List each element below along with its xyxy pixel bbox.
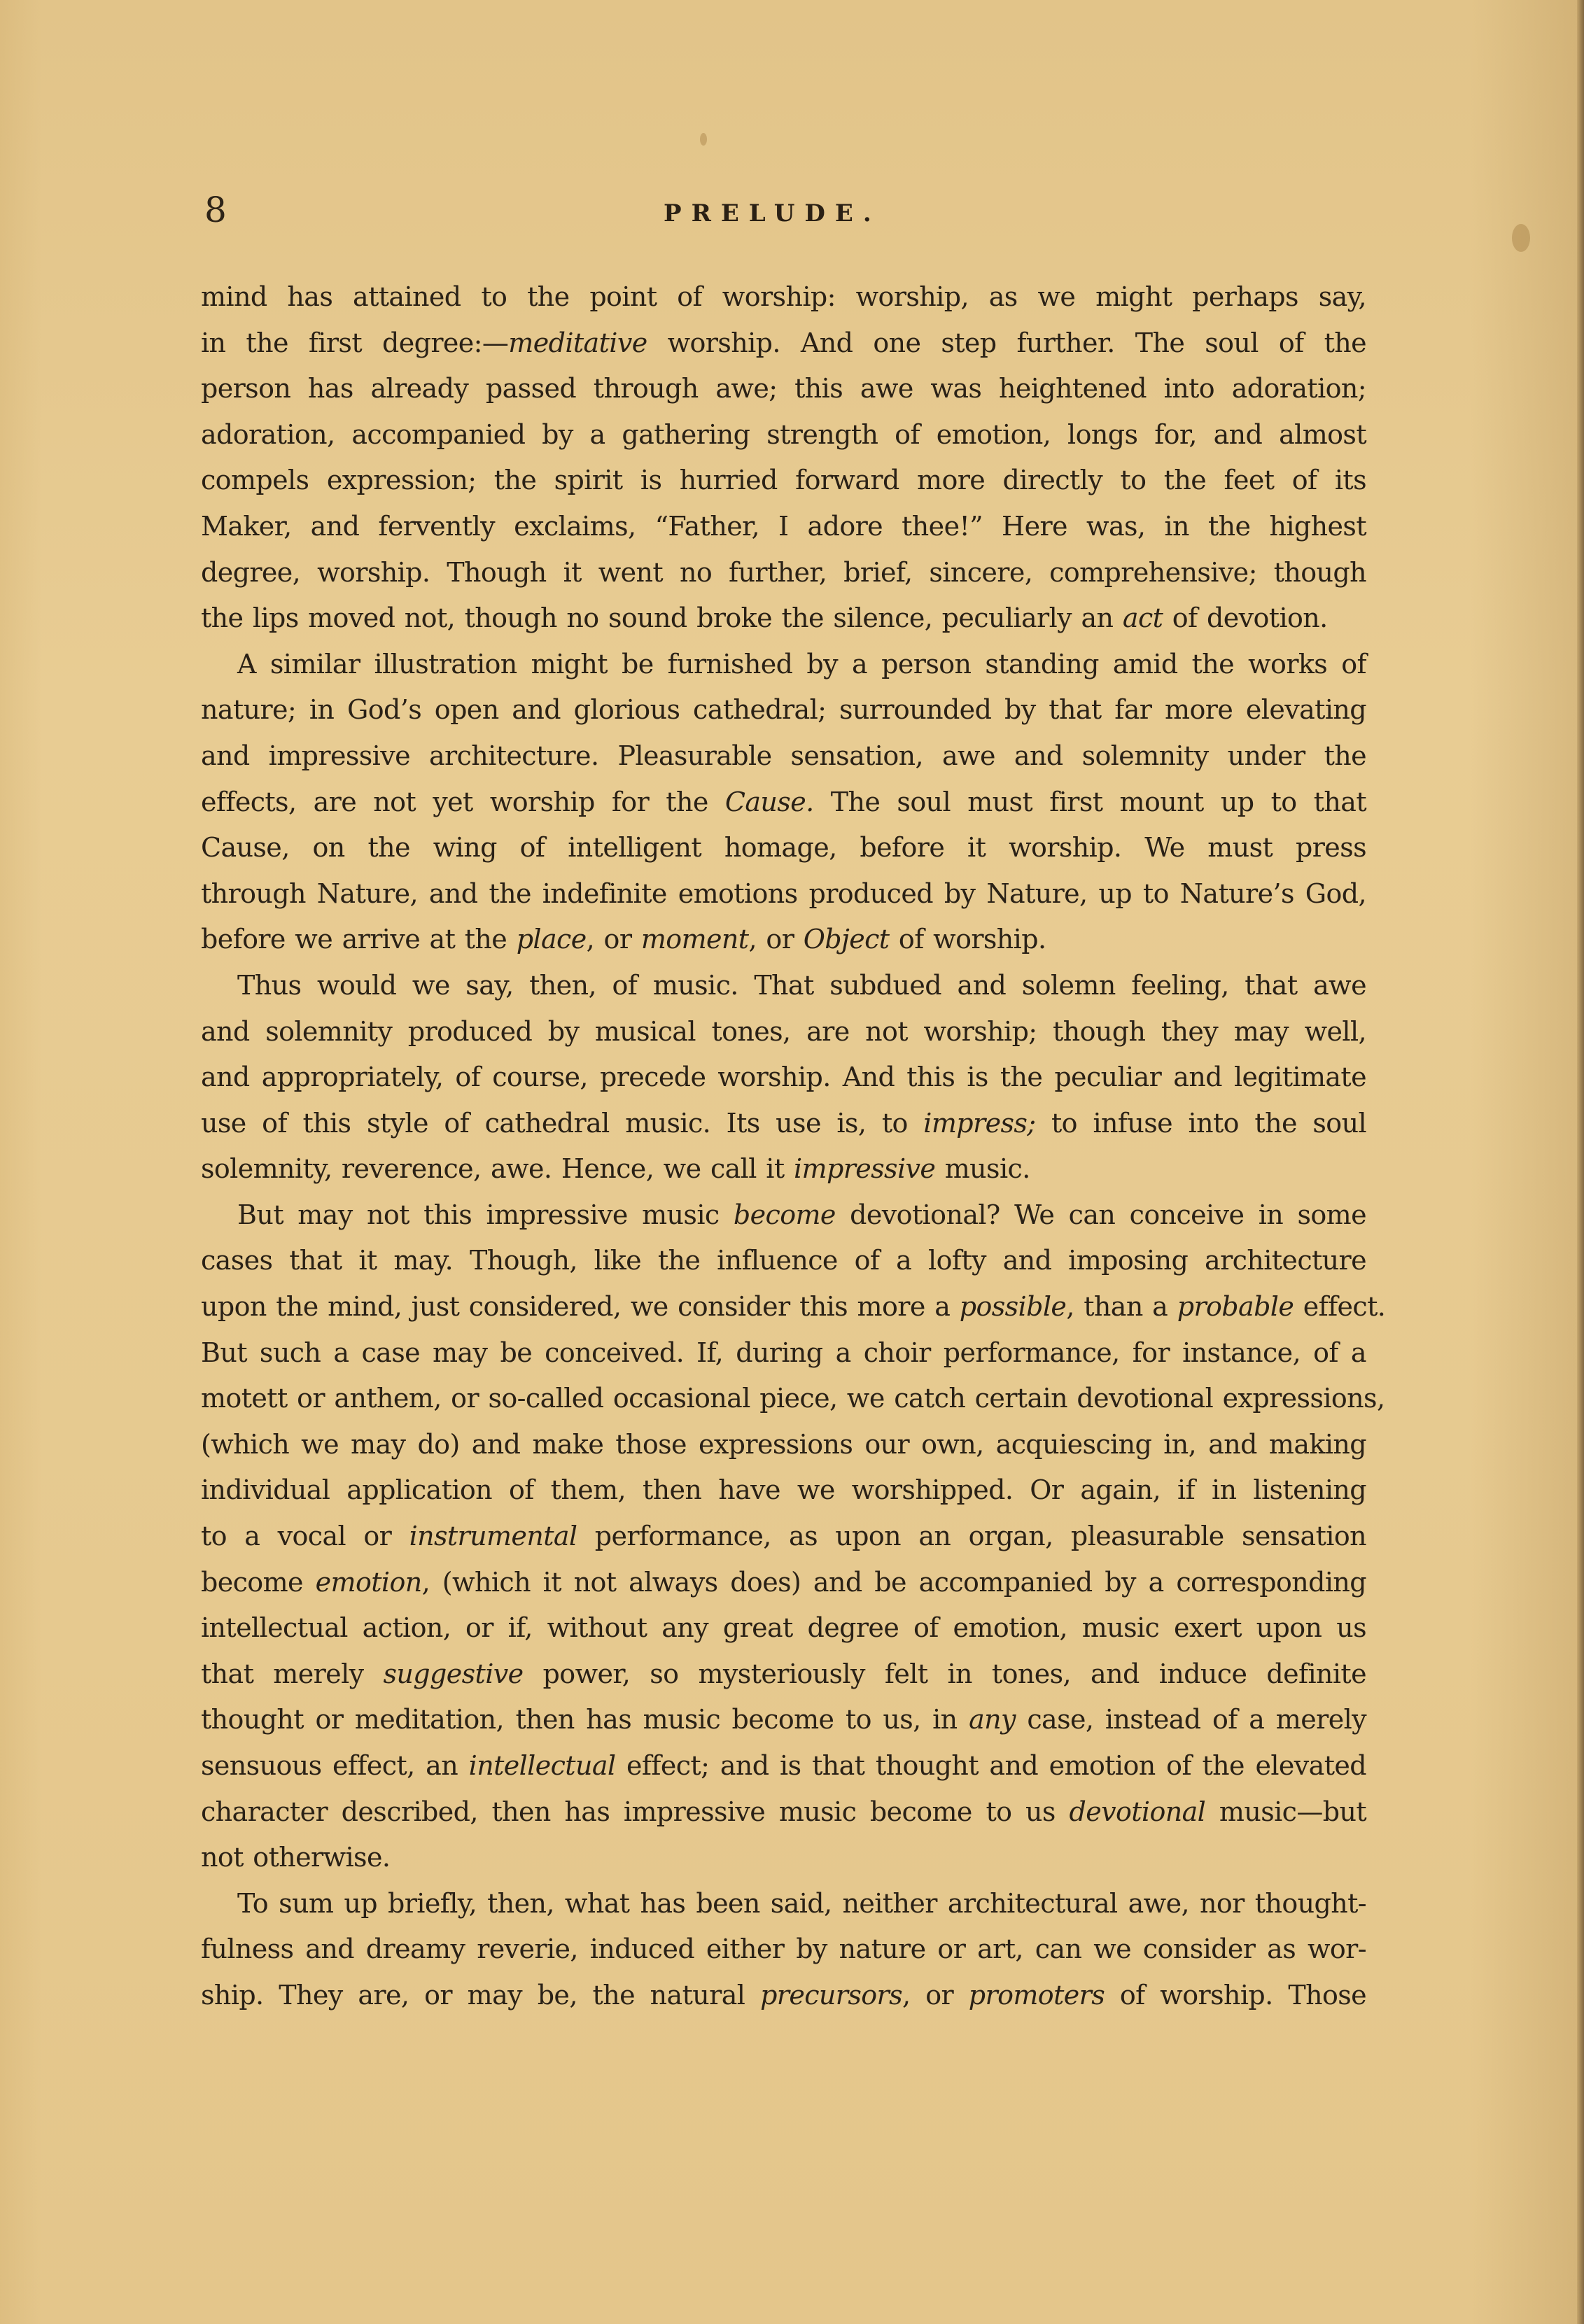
- text-run: not otherwise.: [201, 1842, 390, 1873]
- italic-emphasis: impressive: [794, 1153, 935, 1184]
- text-line: and impressive architecture. Pleasurable…: [201, 733, 1366, 780]
- text-run: worship. And one step further. The soul …: [647, 328, 1366, 358]
- text-run: in the first degree:—: [201, 328, 508, 358]
- text-run: before we arrive at the: [201, 924, 517, 955]
- text-line: But such a case may be conceived. If, du…: [201, 1330, 1366, 1376]
- text-run: , or: [587, 924, 641, 955]
- text-line: through Nature, and the indefinite emoti…: [201, 871, 1366, 917]
- text-line: adoration, accompanied by a gathering st…: [201, 412, 1366, 458]
- italic-emphasis: probable: [1177, 1291, 1294, 1322]
- italic-emphasis: meditative: [508, 328, 647, 358]
- italic-emphasis: Cause.: [725, 787, 814, 817]
- text-line: effects, are not yet worship for the Cau…: [201, 780, 1366, 826]
- text-line: upon the mind, just considered, we consi…: [201, 1284, 1366, 1330]
- text-run: , or: [902, 1980, 969, 2010]
- text-line: and solemnity produced by musical tones,…: [201, 1009, 1366, 1055]
- paragraph-first-line: But may not this impressive music become…: [201, 1192, 1366, 1239]
- text-line: thought or meditation, then has music be…: [201, 1697, 1366, 1743]
- text-line: fulness and dreamy reverie, induced eith…: [201, 1927, 1366, 1973]
- italic-emphasis: impress;: [923, 1108, 1035, 1139]
- text-run: case, instead of a merely: [1016, 1704, 1366, 1735]
- text-line: the lips moved not, though no sound brok…: [201, 596, 1366, 642]
- italic-emphasis: moment: [641, 924, 749, 955]
- text-run: upon the mind, just considered, we consi…: [201, 1291, 960, 1322]
- text-run: The soul must first mount up to that: [814, 787, 1366, 817]
- paragraph-first-line: A similar illustration might be furnishe…: [201, 642, 1366, 688]
- text-run: solemnity, reverence, awe. Hence, we cal…: [201, 1153, 794, 1184]
- text-run: use of this style of cathedral music. It…: [201, 1108, 923, 1139]
- italic-emphasis: suggestive: [384, 1659, 524, 1689]
- paragraph-first-line: To sum up briefly, then, what has been s…: [201, 1881, 1366, 1927]
- text-line: (which we may do) and make those express…: [201, 1422, 1366, 1468]
- text-run: , (which it not always does) and be acco…: [422, 1567, 1366, 1598]
- text-run: mind has attained to the point of worshi…: [201, 281, 1366, 312]
- text-line: individual application of them, then hav…: [201, 1467, 1366, 1514]
- text-line: Maker, and fervently exclaims, “Father, …: [201, 504, 1366, 550]
- text-run: character described, then has impressive…: [201, 1796, 1069, 1827]
- italic-emphasis: precursors: [760, 1980, 902, 2010]
- text-line: cases that it may. Though, like the infl…: [201, 1238, 1366, 1284]
- text-run: the lips moved not, though no sound brok…: [201, 603, 1123, 633]
- text-run: ship. They are, or may be, the natural: [201, 1980, 760, 2010]
- text-run: intellectual action, or if, without any …: [201, 1612, 1366, 1643]
- text-run: But may not this impressive music: [237, 1199, 734, 1230]
- italic-emphasis: possible: [960, 1291, 1067, 1322]
- text-run: compels expression; the spirit is hurrie…: [201, 465, 1366, 495]
- text-run: of worship. Those: [1105, 1980, 1366, 2010]
- text-run: , or: [748, 924, 803, 955]
- italic-emphasis: devotional: [1069, 1796, 1205, 1827]
- text-line: ship. They are, or may be, the natural p…: [201, 1973, 1366, 2019]
- text-run: person has already passed through awe; t…: [201, 373, 1366, 404]
- text-run: effect; and is that thought and emotion …: [615, 1750, 1366, 1781]
- text-run: of devotion.: [1163, 603, 1327, 633]
- italic-emphasis: act: [1123, 603, 1163, 633]
- italic-emphasis: Object: [804, 924, 890, 955]
- text-run: effects, are not yet worship for the: [201, 787, 725, 817]
- italic-emphasis: intellectual: [469, 1750, 616, 1781]
- text-line: mind has attained to the point of worshi…: [201, 274, 1366, 321]
- text-line: motett or anthem, or so-called occasiona…: [201, 1376, 1366, 1422]
- text-line: that merely suggestive power, so mysteri…: [201, 1652, 1366, 1698]
- text-run: To sum up briefly, then, what has been s…: [237, 1888, 1366, 1919]
- italic-emphasis: emotion: [316, 1567, 422, 1598]
- italic-emphasis: any: [969, 1704, 1016, 1735]
- text-run: power, so mysteriously felt in tones, an…: [524, 1659, 1366, 1689]
- text-line: degree, worship. Though it went no furth…: [201, 550, 1366, 596]
- text-run: performance, as upon an organ, pleasurab…: [577, 1521, 1366, 1551]
- text-run: music.: [935, 1153, 1030, 1184]
- text-line: become emotion, (which it not always doe…: [201, 1560, 1366, 1606]
- italic-emphasis: place: [517, 924, 587, 955]
- text-run: and impressive architecture. Pleasurable…: [201, 740, 1366, 771]
- text-run: But such a case may be conceived. If, du…: [201, 1337, 1366, 1368]
- text-run: through Nature, and the indefinite emoti…: [201, 878, 1366, 909]
- running-head: PRELUDE.: [664, 196, 881, 231]
- page-number: 8: [204, 189, 227, 231]
- text-run: and solemnity produced by musical tones,…: [201, 1016, 1366, 1047]
- text-line: Cause, on the wing of intelligent homage…: [201, 825, 1366, 871]
- text-run: , than a: [1066, 1291, 1177, 1322]
- text-run: cases that it may. Though, like the infl…: [201, 1245, 1366, 1276]
- text-run: to infuse into the soul: [1035, 1108, 1366, 1139]
- text-line: to a vocal or instrumental performance, …: [201, 1514, 1366, 1560]
- text-run: degree, worship. Though it went no furth…: [201, 557, 1366, 588]
- text-run: become: [201, 1567, 316, 1598]
- text-run: effect.: [1294, 1291, 1385, 1322]
- text-line: solemnity, reverence, awe. Hence, we cal…: [201, 1146, 1366, 1192]
- text-run: to a vocal or: [201, 1521, 409, 1551]
- text-run: Cause, on the wing of intelligent homage…: [201, 832, 1366, 863]
- text-line: compels expression; the spirit is hurrie…: [201, 458, 1366, 504]
- text-run: individual application of them, then hav…: [201, 1474, 1366, 1505]
- italic-emphasis: become: [734, 1199, 836, 1230]
- text-run: (which we may do) and make those express…: [201, 1429, 1366, 1460]
- text-line: person has already passed through awe; t…: [201, 366, 1366, 412]
- text-line: before we arrive at the place, or moment…: [201, 917, 1366, 963]
- text-run: of worship.: [889, 924, 1046, 955]
- text-run: A similar illustration might be furnishe…: [237, 649, 1366, 679]
- text-line: character described, then has impressive…: [201, 1789, 1366, 1836]
- paragraph-first-line: Thus would we say, then, of music. That …: [201, 963, 1366, 1009]
- text-run: devotional? We can conceive in some: [836, 1199, 1366, 1230]
- italic-emphasis: promoters: [969, 1980, 1105, 2010]
- paper-stain: [700, 133, 707, 146]
- paper-stain: [1512, 224, 1530, 252]
- text-run: Thus would we say, then, of music. That …: [237, 970, 1366, 1001]
- text-run: motett or anthem, or so-called occasiona…: [201, 1383, 1385, 1414]
- text-line: intellectual action, or if, without any …: [201, 1605, 1366, 1652]
- text-line: sensuous effect, an intellectual effect;…: [201, 1743, 1366, 1789]
- text-line: use of this style of cathedral music. It…: [201, 1101, 1366, 1147]
- text-line: in the first degree:—meditative worship.…: [201, 321, 1366, 367]
- text-line: nature; in God’s open and glorious cathe…: [201, 687, 1366, 733]
- text-run: nature; in God’s open and glorious cathe…: [201, 694, 1366, 725]
- text-line: and appropriately, of course, precede wo…: [201, 1055, 1366, 1101]
- text-run: fulness and dreamy reverie, induced eith…: [201, 1934, 1366, 1964]
- text-run: that merely: [201, 1659, 384, 1689]
- body-text: mind has attained to the point of worshi…: [201, 274, 1366, 2019]
- text-run: music—but: [1205, 1796, 1366, 1827]
- text-run: Maker, and fervently exclaims, “Father, …: [201, 511, 1366, 542]
- text-run: thought or meditation, then has music be…: [201, 1704, 969, 1735]
- italic-emphasis: instrumental: [409, 1521, 577, 1551]
- text-run: and appropriately, of course, precede wo…: [201, 1062, 1366, 1092]
- text-line: not otherwise.: [201, 1835, 1366, 1881]
- text-run: adoration, accompanied by a gathering st…: [201, 419, 1366, 450]
- page-edge-shadow: [1577, 0, 1584, 2324]
- text-run: sensuous effect, an: [201, 1750, 469, 1781]
